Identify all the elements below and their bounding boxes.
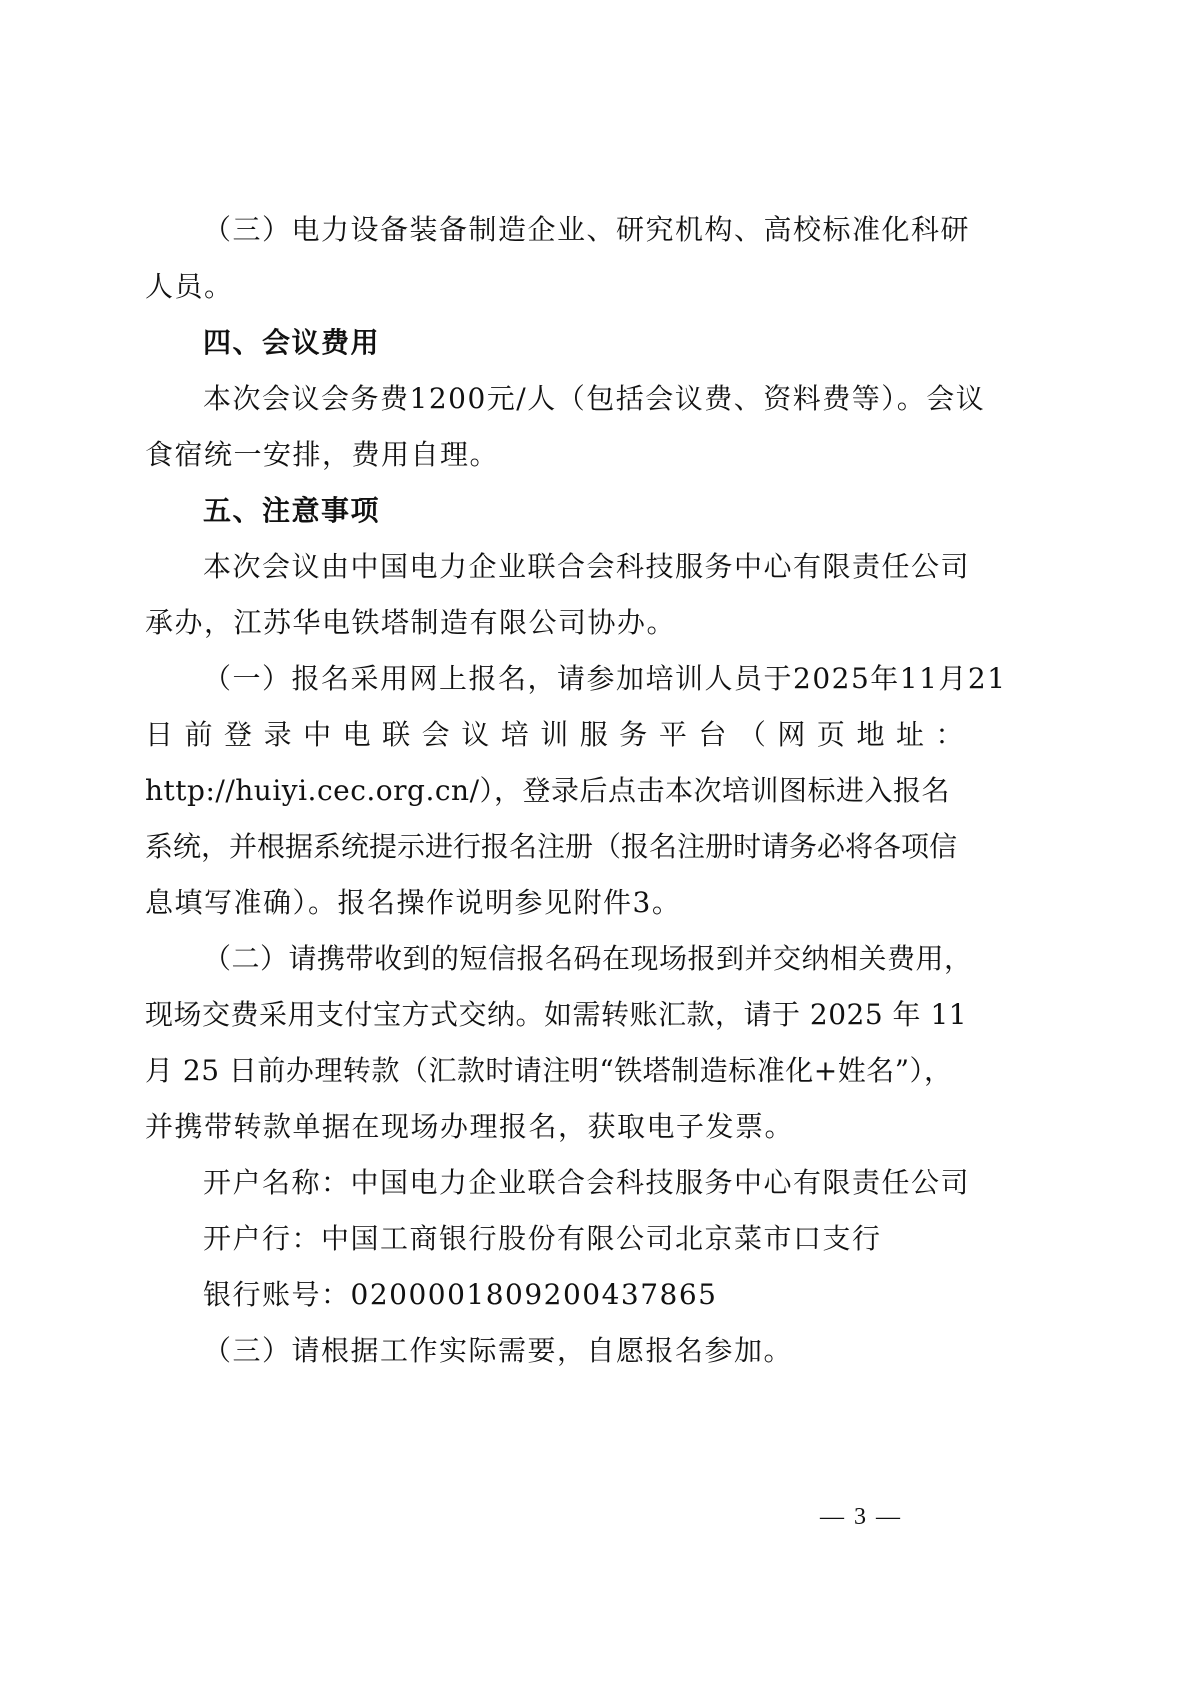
- section-heading-fees: 四、会议费用: [203, 325, 965, 361]
- text-line-payment: （二）请携带收到的短信报名码在现场报到并交纳相关费用，: [203, 941, 965, 977]
- page-number: — 3 —: [820, 1502, 902, 1532]
- text-line: 并携带转款单据在现场办理报名，获取电子发票。: [145, 1109, 965, 1145]
- text-line: 食宿统一安排，费用自理。: [145, 437, 965, 473]
- account-bank: 开户行：中国工商银行股份有限公司北京菜市口支行: [203, 1221, 965, 1257]
- text-line-voluntary: （三）请根据工作实际需要，自愿报名参加。: [203, 1333, 965, 1369]
- document-page: （三）电力设备装备制造企业、研究机构、高校标准化科研 人员。 四、会议费用 本次…: [0, 0, 1190, 1683]
- text-line: 息填写准确）。报名操作说明参见附件3。: [145, 885, 965, 921]
- text-line-organizer: 本次会议由中国电力企业联合会科技服务中心有限责任公司: [203, 549, 965, 585]
- text-line-fee: 本次会议会务费1200元/人（包括会议费、资料费等）。会议: [203, 381, 965, 417]
- text-line: 日前登录中电联会议培训服务平台（网页地址：: [145, 717, 965, 753]
- account-number: 银行账号：0200001809200437865: [203, 1277, 965, 1313]
- text-line-attendees-3: （三）电力设备装备制造企业、研究机构、高校标准化科研: [203, 212, 965, 248]
- account-name: 开户名称：中国电力企业联合会科技服务中心有限责任公司: [203, 1165, 965, 1201]
- text-line: 月 25 日前办理转款（汇款时请注明“铁塔制造标准化+姓名”），: [145, 1053, 965, 1089]
- text-line: 承办，江苏华电铁塔制造有限公司协办。: [145, 605, 965, 641]
- text-line-url: http://huiyi.cec.org.cn/），登录后点击本次培训图标进入报…: [145, 773, 965, 809]
- text-line-registration: （一）报名采用网上报名，请参加培训人员于2025年11月21: [203, 661, 965, 697]
- text-line: 现场交费采用支付宝方式交纳。如需转账汇款，请于 2025 年 11: [145, 997, 965, 1033]
- text-line: 人员。: [145, 269, 965, 305]
- text-line: 系统，并根据系统提示进行报名注册（报名注册时请务必将各项信: [145, 829, 965, 865]
- section-heading-notes: 五、注意事项: [203, 493, 965, 529]
